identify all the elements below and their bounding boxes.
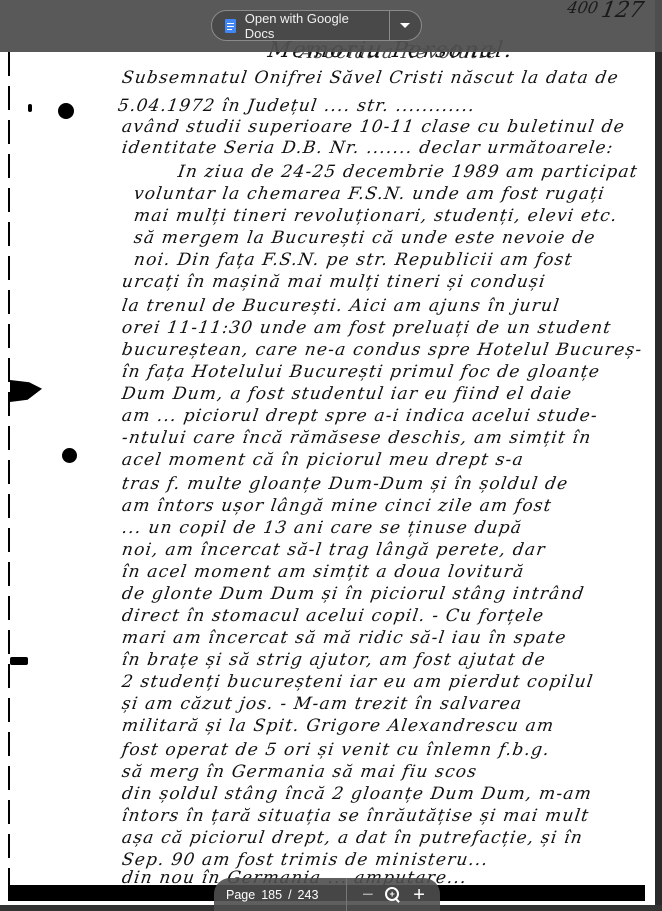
- open-with-control: Open with Google Docs: [211, 10, 422, 41]
- text-line: orei 11-11:30 unde am fost preluați de u…: [121, 318, 613, 338]
- text-line: direct în stomacul acelui copil. - Cu fo…: [121, 606, 546, 626]
- punch-hole-mark: [62, 448, 77, 463]
- text-line: în fața Hotelului București primul foc d…: [121, 362, 602, 382]
- zoom-icon[interactable]: +: [385, 887, 401, 903]
- text-line: Sep. 90 am fost trimis de ministeru...: [121, 850, 490, 870]
- text-line: mai mulți tineri revoluționari, studenți…: [133, 206, 619, 226]
- scan-ink-blot: [28, 104, 32, 112]
- text-line: fost operat de 5 ori și venit cu înlemn …: [121, 740, 552, 760]
- text-line: noi, am încercat să-l trag lângă perete,…: [121, 540, 547, 560]
- page-stamp-number: 127: [600, 0, 646, 23]
- text-line: In ziua de 24-25 decembrie 1989 am parti…: [177, 162, 640, 182]
- open-with-dropdown-button[interactable]: [390, 11, 421, 40]
- text-line: în acel moment am simțit a doua lovitură: [121, 562, 526, 582]
- text-line: din șoldul stâng încă 2 gloanțe Dum Dum,…: [121, 784, 594, 804]
- page-separator: /: [288, 888, 291, 902]
- text-line: Subsemnatul Onifrei Săvel Cristi născut …: [121, 68, 621, 88]
- text-line: am ... piciorul drept spre a-i indica ac…: [121, 406, 600, 426]
- scan-margin-mark: [8, 52, 10, 892]
- caret-down-icon: [400, 23, 410, 28]
- viewer-edge: [655, 0, 662, 911]
- text-line: 2 studenți bucureșteni iar eu am pierdut…: [121, 672, 595, 692]
- text-line: la trenul de București. Aici am ajuns în…: [121, 296, 562, 316]
- zoom-out-button[interactable]: −: [356, 885, 380, 905]
- page-label: Page: [226, 888, 255, 902]
- text-line: noi. Din fața F.S.N. pe str. Republicii …: [133, 250, 574, 270]
- text-line: ... un copil de 13 ani care se ținuse du…: [121, 518, 524, 538]
- text-line: întors în țară situația se înrăutățise ș…: [121, 806, 591, 826]
- open-with-label: Open with Google Docs: [245, 11, 379, 41]
- text-line: de glonte Dum Dum și în piciorul stâng i…: [121, 584, 586, 604]
- page-stamp: 400127: [565, 0, 646, 23]
- scan-ink-blot: [10, 380, 42, 402]
- scan-ink-blot: [10, 657, 28, 665]
- text-line: având studii superioare 10-11 clase cu b…: [121, 117, 627, 137]
- zoom-in-button[interactable]: +: [407, 885, 431, 905]
- pdf-viewer: Asociatia Revolutie Memoriu Personal. Su…: [0, 0, 662, 911]
- text-line: tras f. multe gloanțe Dum-Dum și în șold…: [121, 474, 570, 494]
- text-line: să merg în Germania să mai fiu scos: [121, 762, 479, 782]
- text-line: -ntului care încă rămăsese deschis, am s…: [121, 428, 593, 448]
- text-line: bucureștean, care ne-a condus spre Hotel…: [121, 340, 644, 360]
- page-navigation-bar: Page 185 / 243 − + +: [214, 878, 440, 911]
- google-docs-icon: [225, 19, 236, 33]
- text-line: Dum Dum, a fost studentul iar eu fiind e…: [121, 384, 574, 404]
- text-line: am întors ușor lângă mine cinci zile am …: [121, 496, 554, 516]
- text-line: mari am încercat să mă ridic să-l iau în…: [121, 628, 568, 648]
- text-line: în brațe și să strig ajutor, am fost aju…: [121, 650, 548, 670]
- text-line: identitate Seria D.B. Nr. ....... declar…: [121, 138, 615, 158]
- text-line: așa că piciorul drept, a dat în putrefac…: [121, 828, 585, 848]
- text-line: să mergem la București că unde este nevo…: [133, 228, 597, 248]
- current-page[interactable]: 185: [261, 888, 282, 902]
- punch-hole-mark: [58, 103, 74, 119]
- text-line: acel moment că în piciorul meu drept s-a: [121, 450, 526, 470]
- text-line: și am căzut jos. - M-am trezit în salvar…: [121, 694, 524, 714]
- text-line: 5.04.1972 în Județul .... str. .........…: [117, 96, 477, 116]
- text-line: urcați în mașină mai mulți tineri și con…: [121, 272, 547, 292]
- total-pages: 243: [298, 888, 319, 902]
- document-page: Asociatia Revolutie Memoriu Personal. Su…: [0, 0, 655, 905]
- text-line: voluntar la chemarea F.S.N. unde am fost…: [133, 184, 607, 204]
- page-stamp-old: 400: [566, 0, 600, 17]
- text-line: militară și la Spit. Grigore Alexandresc…: [121, 716, 556, 736]
- page-indicator: Page 185 / 243: [214, 888, 346, 902]
- open-with-google-docs-button[interactable]: Open with Google Docs: [212, 11, 389, 40]
